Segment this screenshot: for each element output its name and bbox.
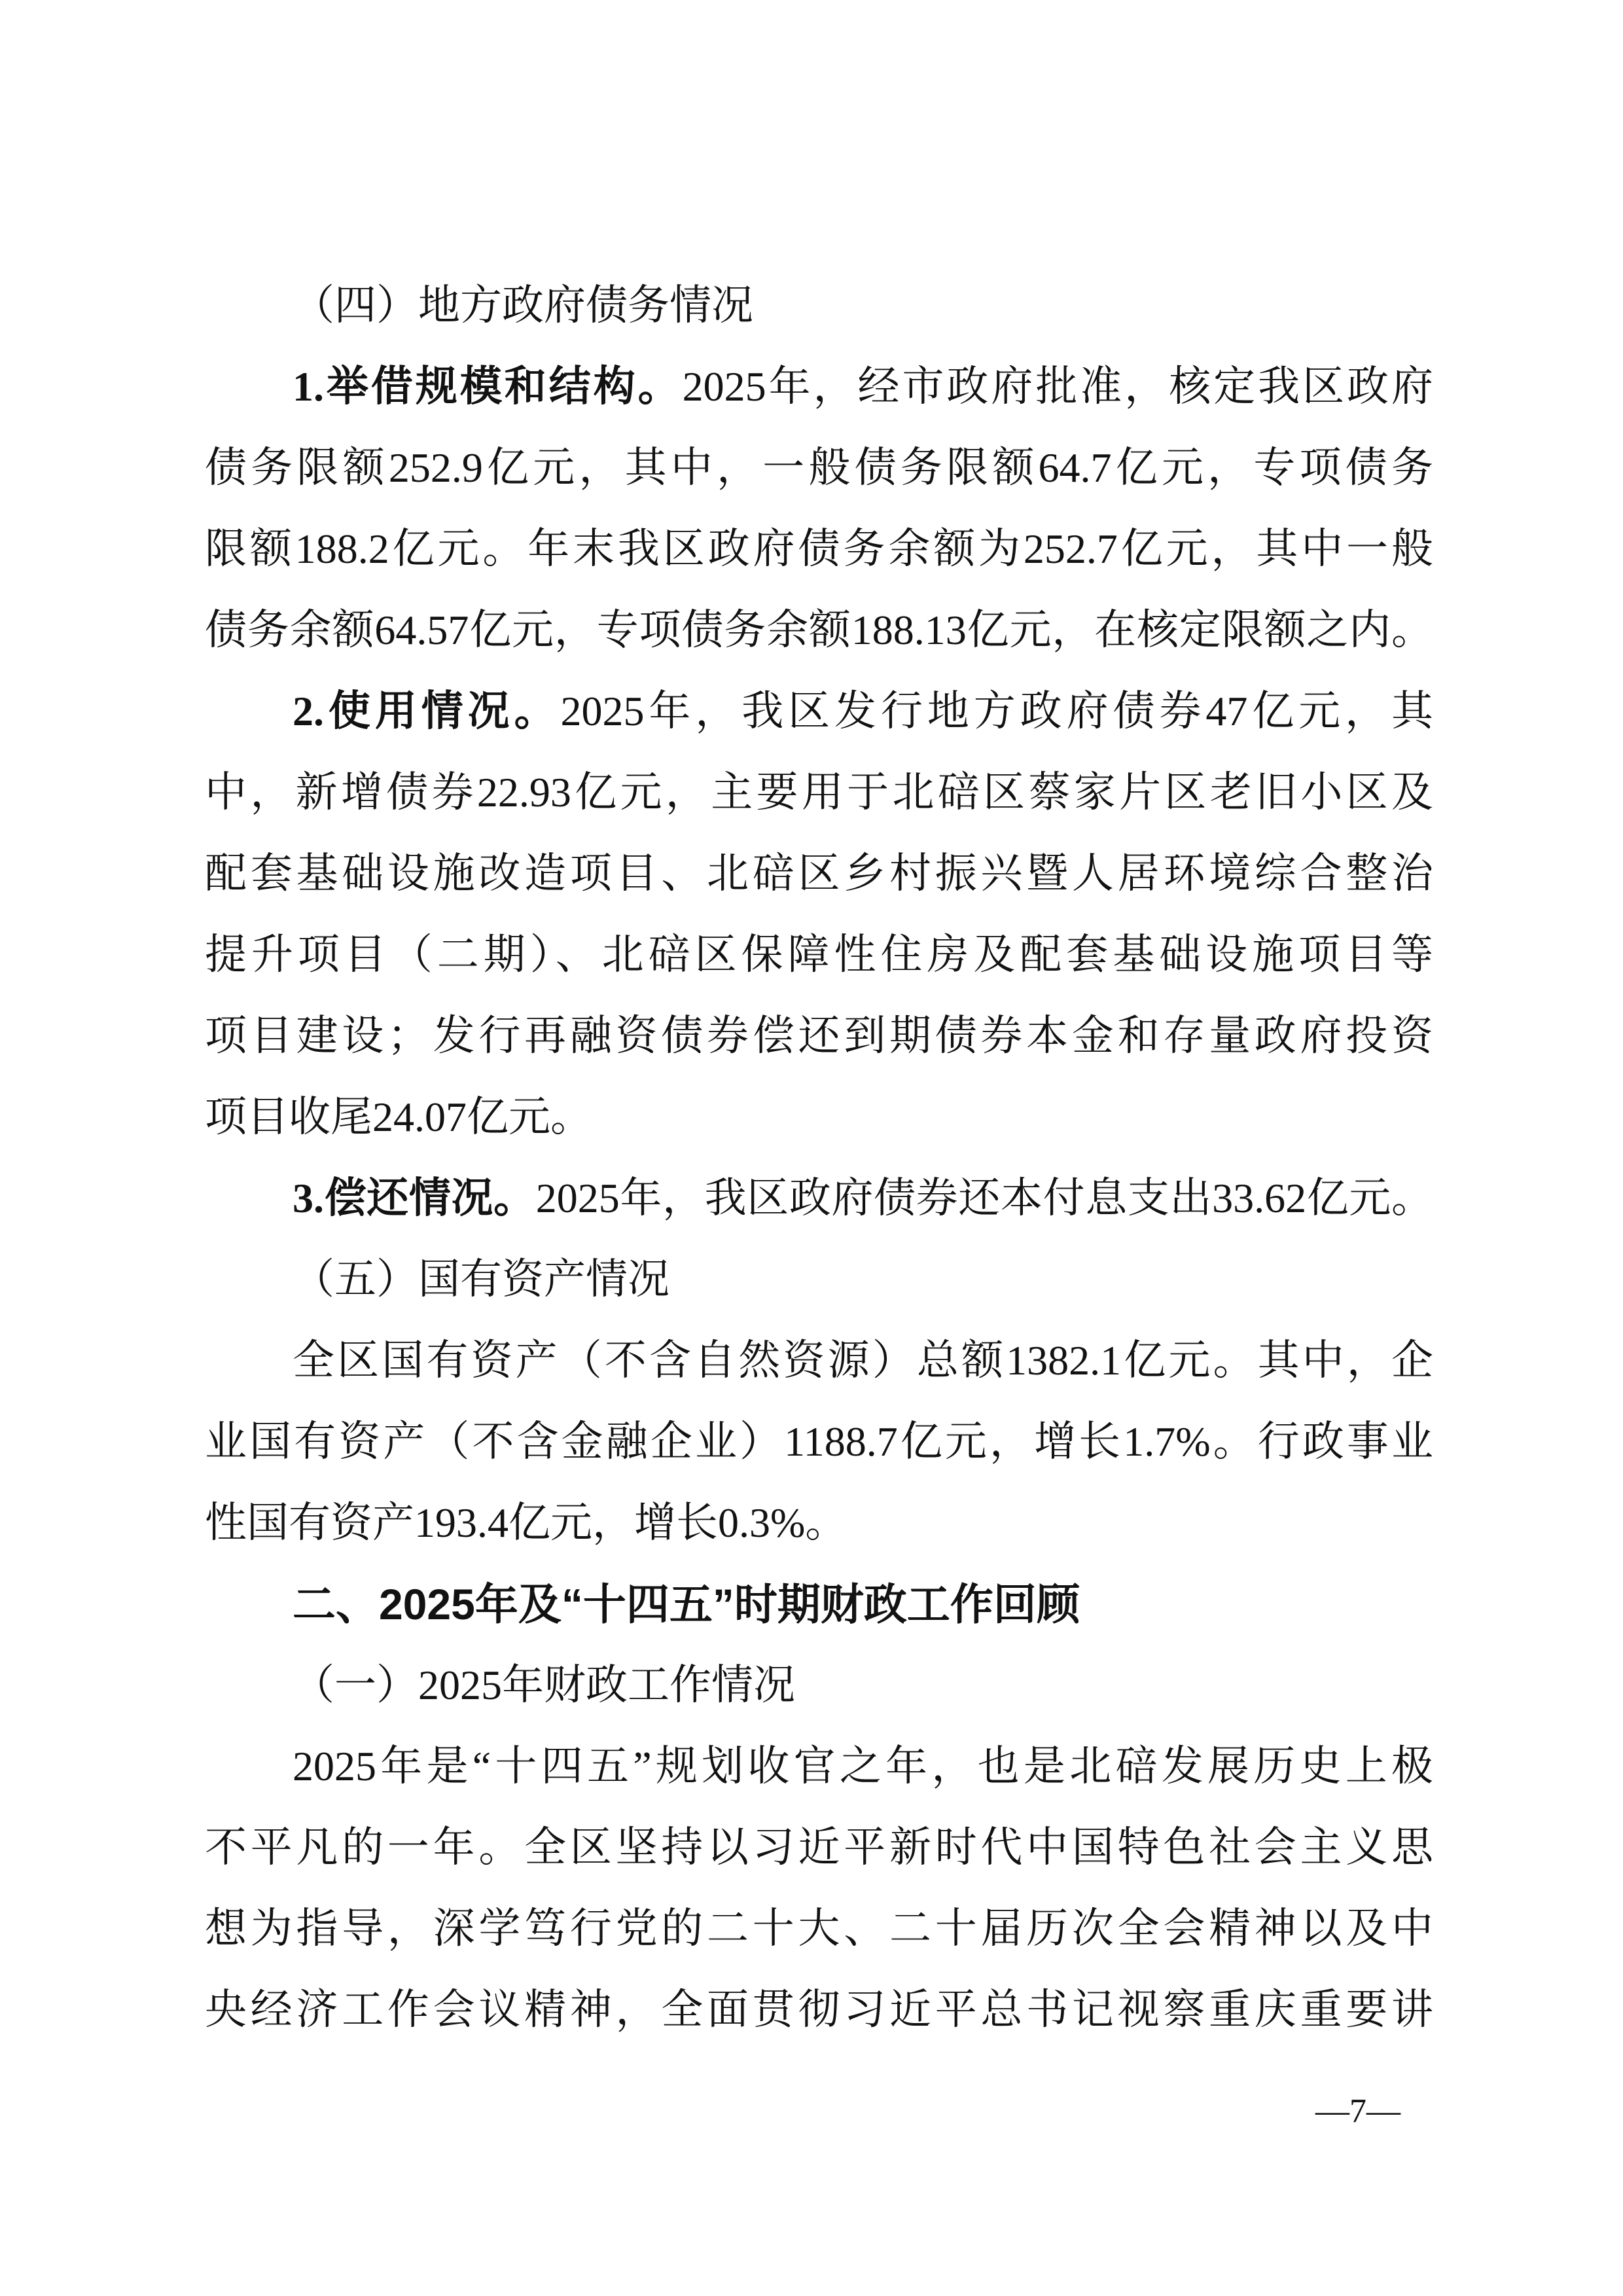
para-state-assets-line-3: 性国有资产193.4亿元，增长0.3%。 [205,1482,1433,1564]
section-heading-review: 二、2025年及“十四五”时期财政工作回顾 [205,1564,1433,1645]
para-debt-scale-line-2: 债务限额252.9亿元，其中，一般债务限额64.7亿元，专项债务 [205,427,1433,509]
para-debt-use-line-1: 2.使用情况。2025年，我区发行地方政府债券47亿元，其 [205,671,1433,752]
subsection-heading-2025-work: （一）2025年财政工作情况 [205,1645,1433,1726]
numbered-item-lead-2: 2.使用情况。 [293,688,560,734]
para-debt-use-line-2: 中，新增债券22.93亿元，主要用于北碚区蔡家片区老旧小区及 [205,752,1433,833]
body-text: 2025年，我区发行地方政府债券47亿元，其 [560,688,1433,734]
numbered-item-lead-3: 3.偿还情况。 [293,1175,536,1221]
para-debt-use-line-3: 配套基础设施改造项目、北碚区乡村振兴暨人居环境综合整治 [205,833,1433,914]
para-review-line-3: 想为指导，深学笃行党的二十大、二十届历次全会精神以及中 [205,1888,1433,1969]
para-debt-use-line-6: 项目收尾24.07亿元。 [205,1077,1433,1158]
subsection-heading-debt: （四）地方政府债务情况 [205,265,1433,346]
body-text: 2025年，我区政府债券还本付息支出33.62亿元。 [536,1175,1433,1221]
para-debt-scale-line-3: 限额188.2亿元。年末我区政府债务余额为252.7亿元，其中一般 [205,509,1433,590]
para-state-assets-line-2: 业国有资产（不含金融企业）1188.7亿元，增长1.7%。行政事业 [205,1401,1433,1482]
document-text-block: （四）地方政府债务情况 1.举借规模和结构。2025年，经市政府批准，核定我区政… [205,265,1433,2051]
para-debt-use-line-5: 项目建设；发行再融资债券偿还到期债券本金和存量政府投资 [205,996,1433,1077]
para-debt-repay-line-1: 3.偿还情况。2025年，我区政府债券还本付息支出33.62亿元。 [205,1158,1433,1239]
document-page: （四）地方政府债务情况 1.举借规模和结构。2025年，经市政府批准，核定我区政… [0,0,1623,2296]
para-review-line-4: 央经济工作会议精神，全面贯彻习近平总书记视察重庆重要讲 [205,1969,1433,2051]
page-number: —7— [1315,2092,1400,2131]
numbered-item-lead-1: 1.举借规模和结构。 [293,363,683,410]
subsection-heading-state-assets: （五）国有资产情况 [205,1239,1433,1320]
body-text: 2025年，经市政府批准，核定我区政府 [683,363,1433,410]
para-review-line-1: 2025年是“十四五”规划收官之年，也是北碚发展历史上极 [205,1726,1433,1807]
para-debt-use-line-4: 提升项目（二期）、北碚区保障性住房及配套基础设施项目等 [205,914,1433,996]
para-state-assets-line-1: 全区国有资产（不含自然资源）总额1382.1亿元。其中，企 [205,1320,1433,1401]
para-review-line-2: 不平凡的一年。全区坚持以习近平新时代中国特色社会主义思 [205,1807,1433,1888]
para-debt-scale-line-4: 债务余额64.57亿元，专项债务余额188.13亿元，在核定限额之内。 [205,590,1433,671]
para-debt-scale-line-1: 1.举借规模和结构。2025年，经市政府批准，核定我区政府 [205,346,1433,427]
